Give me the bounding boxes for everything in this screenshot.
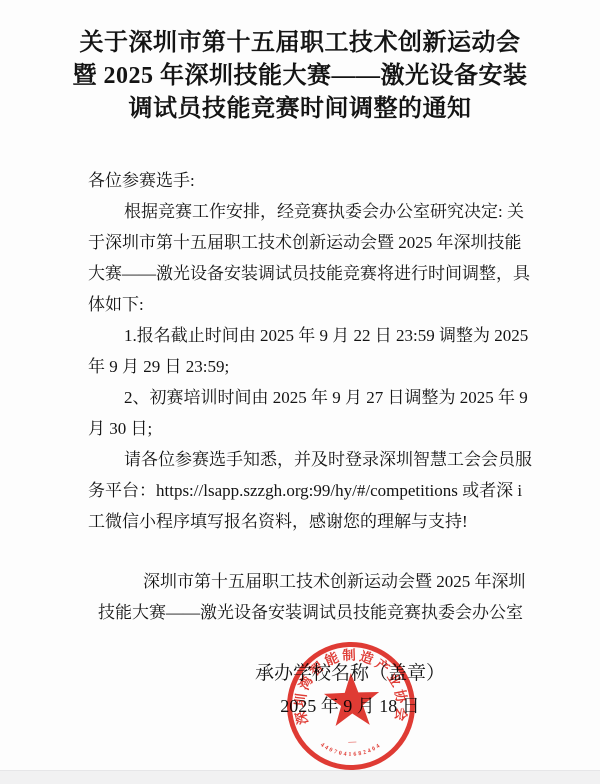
paragraph-2-line-2: 务平台：https://lsapp.szzgh.org:99/hy/#/comp… [88, 475, 512, 506]
paragraph-1-line-1: 根据竞赛工作安排，经竞赛执委会办公室研究决定: 关 [88, 196, 512, 227]
signature-block: 深圳市第十五届职工技术创新运动会暨 2025 年深圳 技能大赛——激光设备安装调… [88, 566, 512, 628]
paragraph-2-line-3: 工微信小程序填写报名资料，感谢您的理解与支持! [88, 506, 512, 537]
document-title: 关于深圳市第十五届职工技术创新运动会 暨 2025 年深圳技能大赛——激光设备安… [0, 27, 600, 126]
red-official-seal: 深圳湾智能制造产业协会 — 4407041682404 [281, 636, 422, 777]
item-1-line-1: 1.报名截止时间由 2025 年 9 月 22 日 23:59 调整为 2025 [88, 320, 512, 351]
item-2-line-1: 2、初赛培训时间由 2025 年 9 月 27 日调整为 2025 年 9 [88, 382, 512, 413]
seal-dash: — [347, 737, 357, 746]
notice-document: 关于深圳市第十五届职工技术创新运动会 暨 2025 年深圳技能大赛——激光设备安… [0, 0, 600, 784]
paragraph-1-line-2: 于深圳市第十五届职工技术创新运动会暨 2025 年深圳技能 [88, 227, 512, 258]
title-line-1: 关于深圳市第十五届职工技术创新运动会 [0, 27, 600, 60]
item-2-line-2: 月 30 日; [88, 413, 512, 444]
title-line-2: 暨 2025 年深圳技能大赛——激光设备安装 [0, 60, 600, 93]
paragraph-2-line-1: 请各位参赛选手知悉，并及时登录深圳智慧工会会员服 [88, 444, 512, 475]
title-line-3: 调试员技能竞赛时间调整的通知 [0, 93, 600, 126]
paragraph-1-line-4: 体如下: [88, 289, 512, 320]
seal-star-icon [323, 672, 380, 726]
signature-line-2: 技能大赛——激光设备安装调试员技能竞赛执委会办公室 [88, 597, 512, 628]
document-body: 各位参赛选手: 根据竞赛工作安排，经竞赛执委会办公室研究决定: 关 于深圳市第十… [88, 165, 512, 537]
salutation: 各位参赛选手: [88, 165, 512, 196]
page-bottom-strip [0, 770, 600, 784]
signature-line-1: 深圳市第十五届职工技术创新运动会暨 2025 年深圳 [88, 566, 512, 597]
paragraph-1-line-3: 大赛——激光设备安装调试员技能竞赛将进行时间调整，具 [88, 258, 512, 289]
item-1-line-2: 年 9 月 29 日 23:59; [88, 351, 512, 382]
